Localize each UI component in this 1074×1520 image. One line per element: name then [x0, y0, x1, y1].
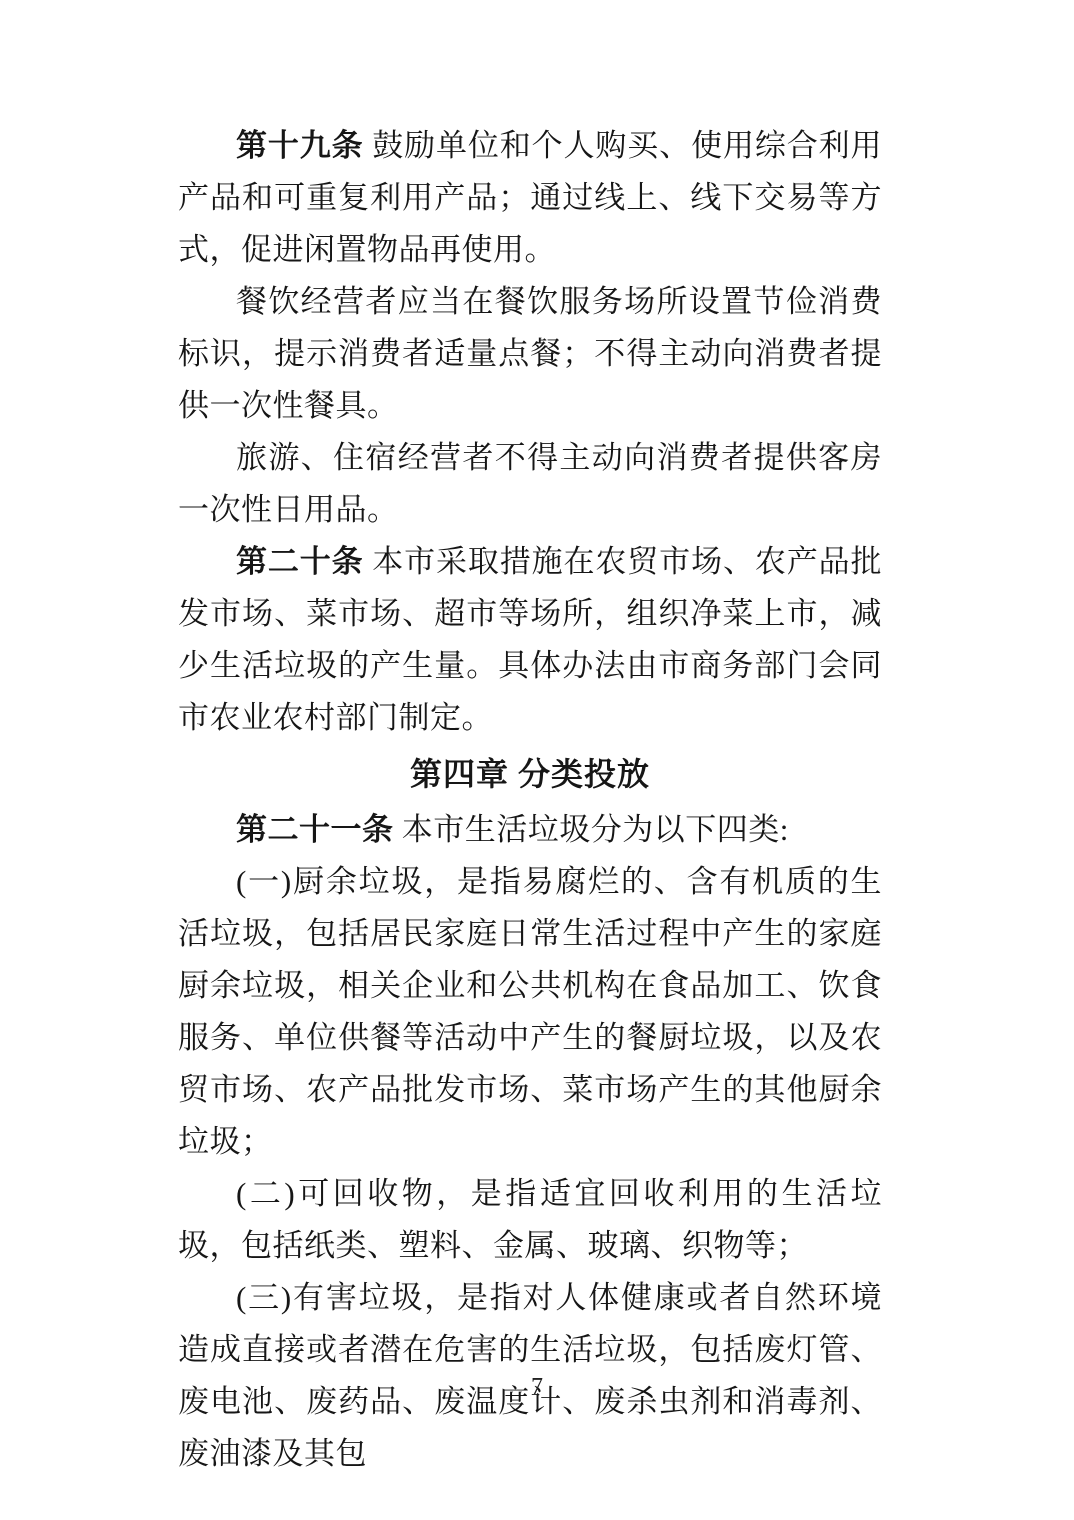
page-number: 7 [0, 1372, 1074, 1402]
chapter-4-heading: 第四章 分类投放 [178, 746, 882, 802]
document-page: 第十九条 鼓励单位和个人购买、使用综合利用产品和可重复利用产品；通过线上、线下交… [0, 0, 1074, 1520]
article-19-paragraph: 第十九条 鼓励单位和个人购买、使用综合利用产品和可重复利用产品；通过线上、线下交… [178, 120, 882, 276]
category-2-recyclables-text: (二)可回收物，是指适宜回收利用的生活垃圾，包括纸类、塑料、金属、玻璃、织物等； [178, 1176, 882, 1263]
category-1-kitchen-waste-text: (一)厨余垃圾，是指易腐烂的、含有机质的生活垃圾，包括居民家庭日常生活过程中产生… [178, 864, 882, 1159]
catering-operators-paragraph: 餐饮经营者应当在餐饮服务场所设置节俭消费标识，提示消费者适量点餐；不得主动向消费… [178, 276, 882, 432]
category-1-kitchen-waste-paragraph: (一)厨余垃圾，是指易腐烂的、含有机质的生活垃圾，包括居民家庭日常生活过程中产生… [178, 856, 882, 1168]
catering-operators-text: 餐饮经营者应当在餐饮服务场所设置节俭消费标识，提示消费者适量点餐；不得主动向消费… [178, 284, 882, 423]
article-20-label: 第二十条 [236, 544, 364, 579]
article-21-text: 本市生活垃圾分为以下四类: [394, 812, 789, 847]
document-content: 第十九条 鼓励单位和个人购买、使用综合利用产品和可重复利用产品；通过线上、线下交… [178, 120, 882, 1480]
category-2-recyclables-paragraph: (二)可回收物，是指适宜回收利用的生活垃圾，包括纸类、塑料、金属、玻璃、织物等； [178, 1168, 882, 1272]
article-21-paragraph: 第二十一条 本市生活垃圾分为以下四类: [178, 804, 882, 856]
article-19-label: 第十九条 [236, 128, 364, 163]
tourism-lodging-text: 旅游、住宿经营者不得主动向消费者提供客房一次性日用品。 [178, 440, 882, 527]
tourism-lodging-paragraph: 旅游、住宿经营者不得主动向消费者提供客房一次性日用品。 [178, 432, 882, 536]
article-20-paragraph: 第二十条 本市采取措施在农贸市场、农产品批发市场、菜市场、超市等场所，组织净菜上… [178, 536, 882, 744]
article-21-label: 第二十一条 [236, 812, 394, 847]
